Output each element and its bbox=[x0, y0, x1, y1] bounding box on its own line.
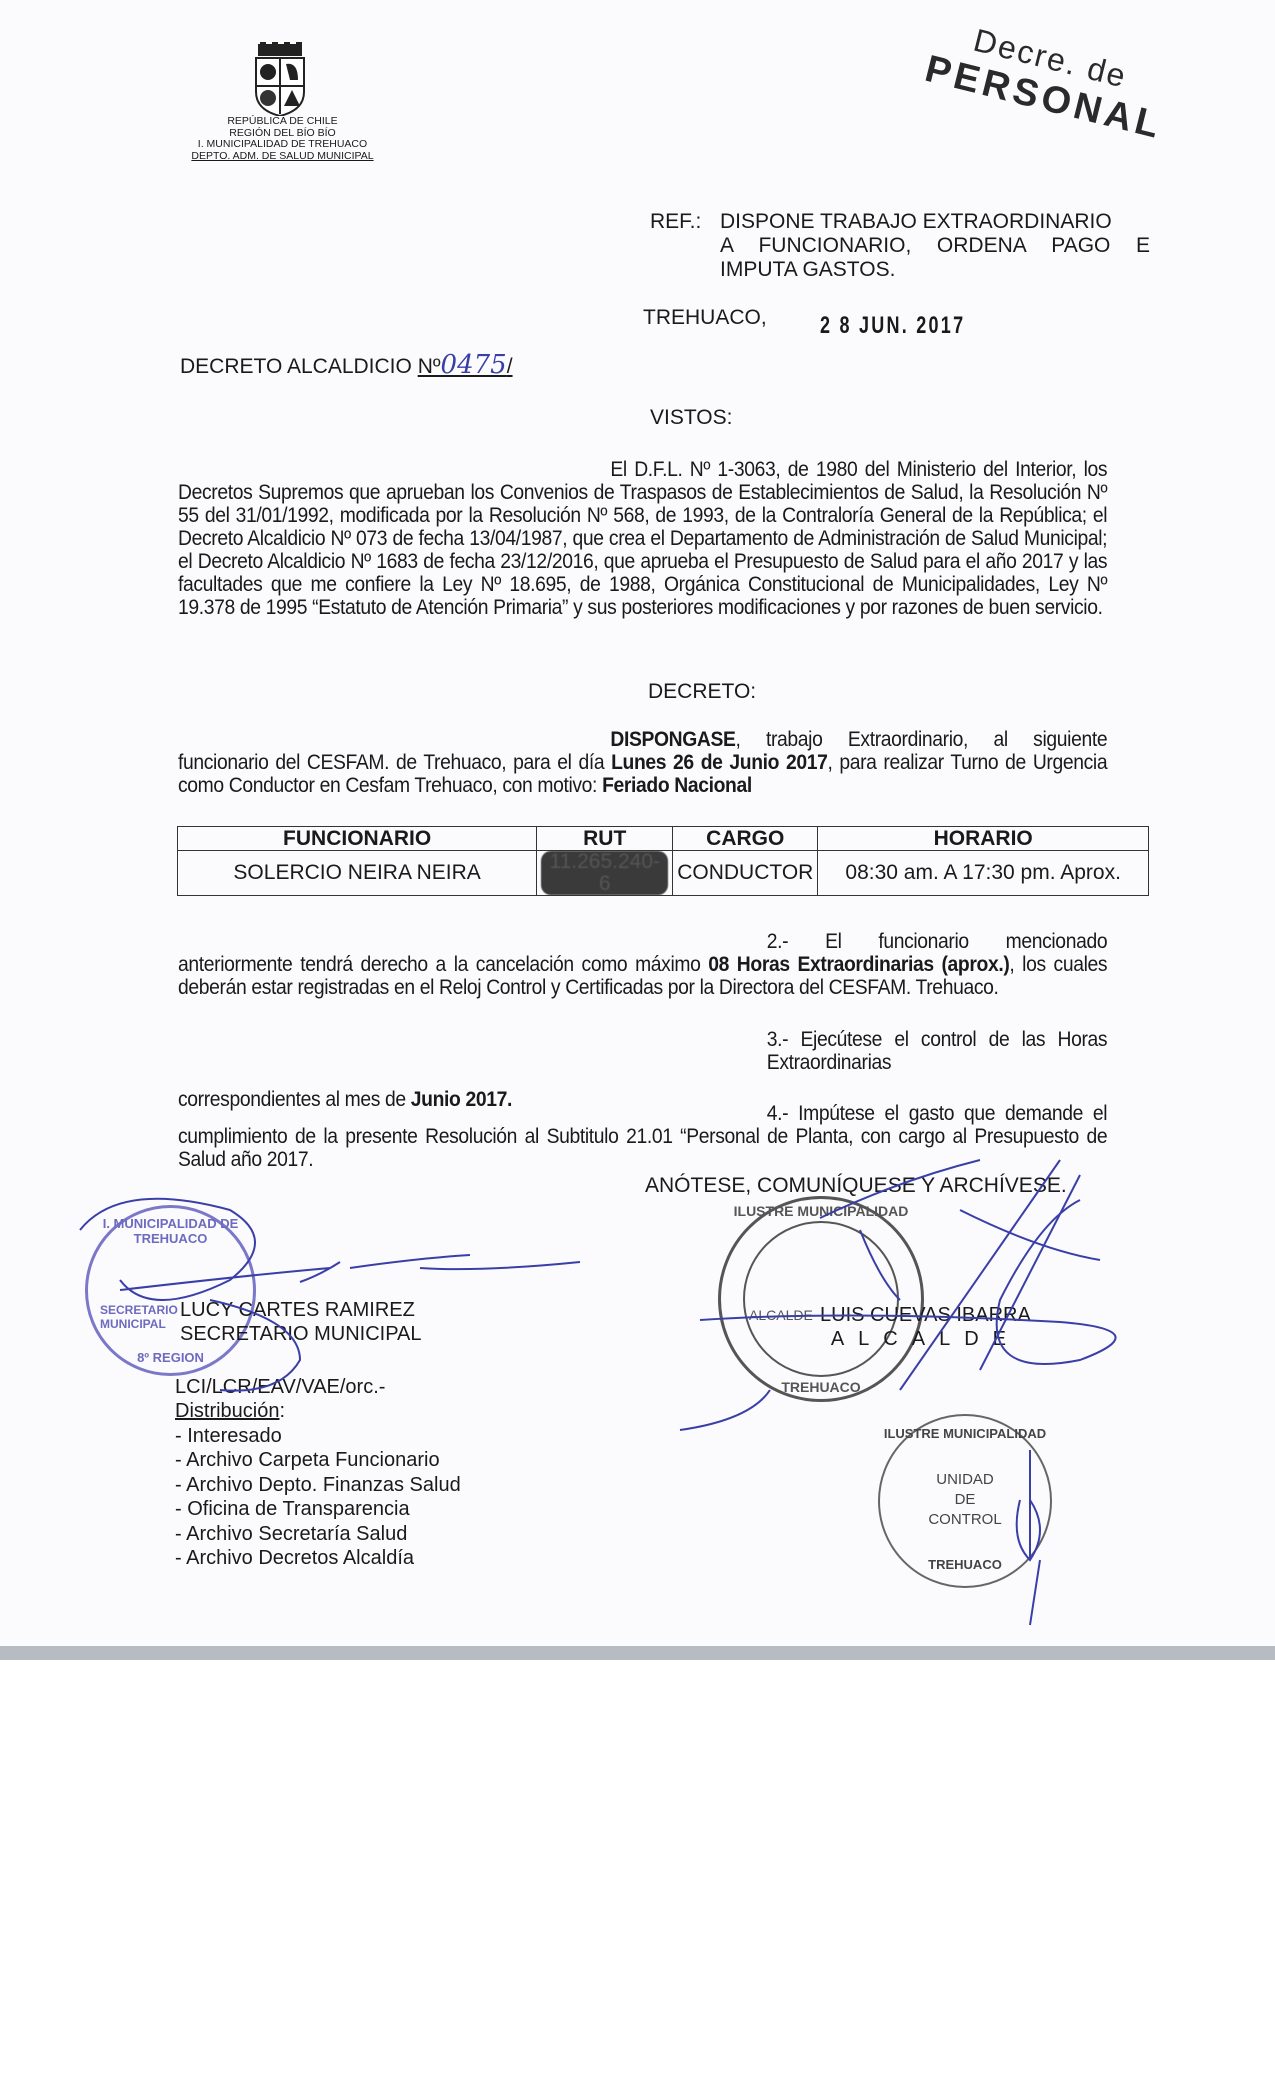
municipal-crest-icon bbox=[250, 42, 310, 116]
signer-title: SECRETARIO MUNICIPAL bbox=[180, 1322, 422, 1346]
ref-line: IMPUTA GASTOS. bbox=[720, 258, 1150, 282]
table-header-row: FUNCIONARIO RUT CARGO HORARIO bbox=[178, 827, 1149, 851]
place: TREHUACO, bbox=[643, 306, 767, 330]
column-header: CARGO bbox=[673, 827, 818, 851]
vistos-heading: VISTOS: bbox=[650, 406, 732, 430]
dispongase-paragraph: DISPONGASE, trabajo Extraordinario, al s… bbox=[178, 728, 1107, 797]
decreto-heading: DECRETO: bbox=[648, 680, 756, 704]
table-row: SOLERCIO NEIRA NEIRA 11.265.240-6 CONDUC… bbox=[178, 851, 1149, 896]
cell-rut: 11.265.240-6 bbox=[537, 851, 673, 896]
list-item: - Oficina de Transparencia bbox=[175, 1497, 461, 1522]
vistos-paragraph: El D.F.L. Nº 1-3063, de 1980 del Ministe… bbox=[178, 458, 1107, 619]
institution-line: DEPTO. ADM. DE SALUD MUNICIPAL bbox=[175, 151, 390, 163]
signer-name: LUIS CUEVAS IBARRA bbox=[820, 1303, 1031, 1327]
paragraph-4: 4.- Impútese el gasto que demande el cum… bbox=[178, 1102, 1107, 1171]
list-item: - Archivo Carpeta Funcionario bbox=[175, 1448, 461, 1473]
closing-formula: ANÓTESE, COMUNÍQUESE Y ARCHÍVESE. bbox=[645, 1174, 1067, 1198]
mayor-signature-block: LUIS CUEVAS IBARRA ALCALDE bbox=[820, 1303, 1031, 1351]
cell-horario: 08:30 am. A 17:30 pm. Aprox. bbox=[818, 851, 1149, 896]
ref-label: REF.: bbox=[650, 210, 701, 234]
list-item: - Interesado bbox=[175, 1424, 461, 1449]
cell-funcionario: SOLERCIO NEIRA NEIRA bbox=[178, 851, 537, 896]
institution-line: REPÚBLICA DE CHILE bbox=[175, 116, 390, 128]
cell-cargo: CONDUCTOR bbox=[673, 851, 818, 896]
reference-initials: LCI/LCR/EAV/VAE/orc.- bbox=[175, 1375, 385, 1399]
ref-line: DISPONE TRABAJO EXTRAORDINARIO bbox=[720, 210, 1150, 234]
control-unit-seal: ILUSTRE MUNICIPALIDAD UNIDAD DE CONTROL … bbox=[878, 1414, 1052, 1588]
signer-title: ALCALDE bbox=[820, 1327, 1031, 1351]
list-item: - Archivo Secretaría Salud bbox=[175, 1522, 461, 1547]
employee-table: FUNCIONARIO RUT CARGO HORARIO SOLERCIO N… bbox=[177, 826, 1149, 896]
secretary-signature-block: LUCY CARTES RAMIREZ SECRETARIO MUNICIPAL bbox=[180, 1298, 422, 1346]
column-header: HORARIO bbox=[818, 827, 1149, 851]
alcalde-seal: ILUSTRE MUNICIPALIDAD ALCALDE TREHUACO bbox=[718, 1196, 924, 1402]
list-item: - Archivo Decretos Alcaldía bbox=[175, 1546, 461, 1571]
institution-header: REPÚBLICA DE CHILE REGIÓN DEL BÍO BÍO I.… bbox=[175, 116, 390, 162]
distribution-list: Distribución: - Interesado - Archivo Car… bbox=[175, 1399, 461, 1571]
redacted-rut: 11.265.240-6 bbox=[541, 851, 668, 895]
column-header: FUNCIONARIO bbox=[178, 827, 537, 851]
paragraph-2: 2.- El funcionario mencionado anteriorme… bbox=[178, 930, 1107, 999]
list-item: - Archivo Depto. Finanzas Salud bbox=[175, 1473, 461, 1498]
secretario-seal: I. MUNICIPALIDAD DE TREHUACO SECRETARIO … bbox=[85, 1205, 256, 1376]
institution-line: I. MUNICIPALIDAD DE TREHUACO bbox=[175, 139, 390, 151]
distribution-heading: Distribución bbox=[175, 1400, 279, 1422]
paragraph-3: 3.- Ejecútese el control de las Horas Ex… bbox=[178, 1028, 1107, 1111]
signer-name: LUCY CARTES RAMIREZ bbox=[180, 1298, 422, 1322]
decree-number: DECRETO ALCALDICIO Nº0475/ bbox=[180, 350, 513, 380]
handwritten-number: 0475 bbox=[441, 350, 507, 380]
ref-line: A FUNCIONARIO, ORDENA PAGO E bbox=[720, 234, 1150, 258]
column-header: RUT bbox=[537, 827, 673, 851]
date-stamp: 2 8 JUN. 2017 bbox=[820, 312, 965, 340]
